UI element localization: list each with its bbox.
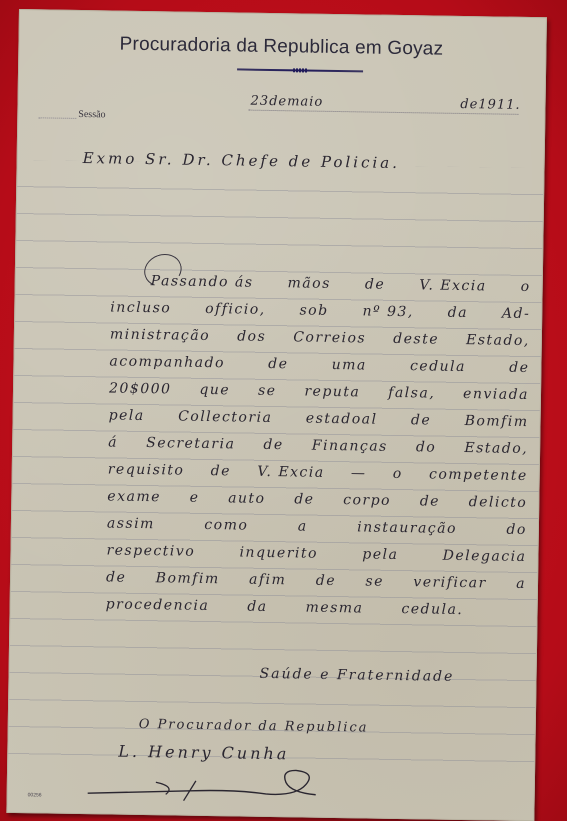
body-word: que xyxy=(199,377,230,404)
body-word: V. Excia xyxy=(419,272,487,300)
body-word: de xyxy=(316,568,337,595)
body-word: pela xyxy=(108,402,144,430)
body-word: e xyxy=(189,485,199,512)
body-word: Passando ás xyxy=(151,268,254,297)
body-word: a xyxy=(516,571,526,598)
body-word: Bomfim xyxy=(156,565,220,593)
body-word: delicto xyxy=(468,489,527,517)
body-word: sob xyxy=(299,297,328,324)
body-word: ministração xyxy=(110,321,211,350)
body-word: corpo xyxy=(343,487,391,515)
body-word: inquerito xyxy=(239,540,318,568)
body-word: pela xyxy=(362,541,398,569)
body-word: auto xyxy=(228,485,266,513)
session-label: Sessão xyxy=(78,109,105,120)
body-word: Secretaria xyxy=(146,430,236,458)
body-word: cedula. xyxy=(401,596,463,624)
body-word: incluso xyxy=(110,294,171,322)
body-word: de xyxy=(509,355,530,382)
body-word: verificar xyxy=(413,569,487,597)
body-word: acompanhado xyxy=(109,348,225,377)
letter-body: Passando ásmãosdeV. Exciaoinclusoofficio… xyxy=(105,267,530,625)
body-word: cedula xyxy=(410,353,466,381)
body-word: da xyxy=(448,300,469,327)
body-word: uma xyxy=(331,352,367,380)
body-word: de xyxy=(211,458,232,485)
body-word: Bomfim xyxy=(464,408,528,436)
date-month: maio xyxy=(287,94,323,110)
body-word: Delegacia xyxy=(442,543,526,571)
body-word: de xyxy=(411,407,432,434)
signature-flourish-icon xyxy=(86,751,347,805)
body-word: á xyxy=(108,429,118,456)
body-word: procedencia xyxy=(105,591,209,620)
body-word: dos xyxy=(237,323,266,350)
date-de-2: de xyxy=(460,97,478,112)
body-word: Estado, xyxy=(464,435,528,463)
body-word: 20$000 xyxy=(109,375,172,403)
body-word: officio, xyxy=(205,296,266,324)
body-word: da xyxy=(247,594,268,621)
date-de-1: de xyxy=(269,94,287,109)
body-word: exame xyxy=(107,483,161,511)
body-word: de xyxy=(268,351,289,378)
body-word: reputa xyxy=(304,379,360,407)
body-word: Estado, xyxy=(466,327,530,355)
body-word: de xyxy=(106,564,127,591)
closing: Saúde e Fraternidade xyxy=(259,666,454,685)
body-word: de xyxy=(294,486,315,513)
body-word: V. Excia xyxy=(257,459,325,487)
printer-mark: 00256 xyxy=(28,792,42,798)
body-word: enviada xyxy=(463,381,529,409)
body-word: assim xyxy=(107,510,155,538)
body-word: de xyxy=(365,271,386,298)
body-word: do xyxy=(416,434,437,461)
body-word: instauração xyxy=(357,514,457,543)
body-word: a xyxy=(298,513,308,540)
body-word: afim xyxy=(249,567,287,595)
body-word: Correios xyxy=(293,324,366,352)
letterhead-title: Procuradoria da Republica em Goyaz xyxy=(81,33,481,61)
session-rule xyxy=(38,117,76,119)
date-day: 23 xyxy=(250,94,269,109)
body-word: requisito xyxy=(108,456,185,484)
body-word: do xyxy=(506,517,527,544)
body-word: o xyxy=(521,274,531,301)
body-word: falsa, xyxy=(388,380,435,408)
letterhead-ornament-rule xyxy=(237,68,363,72)
body-word: Finanças xyxy=(312,433,388,461)
body-word: se xyxy=(365,569,384,596)
letter-paper: Procuradoria da Republica em Goyaz 23 de… xyxy=(6,9,547,821)
body-word: como xyxy=(204,512,248,540)
body-word: nº 93, xyxy=(362,298,414,326)
body-word: mesma xyxy=(305,595,363,623)
body-word: se xyxy=(258,378,277,405)
body-word: Collectoria xyxy=(178,404,273,432)
body-word: estadoal xyxy=(306,406,378,434)
body-word: competente xyxy=(429,462,528,491)
date-year: 1911. xyxy=(478,97,520,113)
body-word: respectivo xyxy=(106,537,195,565)
body-word: o xyxy=(393,461,403,488)
body-word: Ad- xyxy=(502,301,531,328)
body-word: mãos xyxy=(287,270,331,298)
body-word: de xyxy=(420,488,441,515)
body-word: de xyxy=(263,432,284,459)
body-word: — xyxy=(351,460,367,487)
body-word: deste xyxy=(393,326,439,354)
